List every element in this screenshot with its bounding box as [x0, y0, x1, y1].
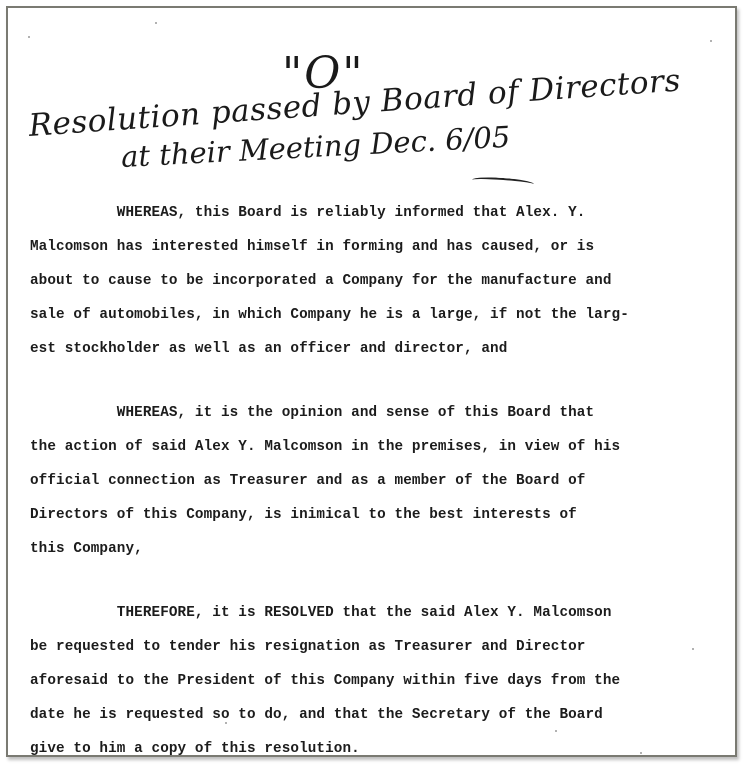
text-line: Directors of this Company, is inimical t… — [30, 498, 700, 532]
text-line: sale of automobiles, in which Company he… — [30, 298, 700, 332]
text-line: THEREFORE, it is RESOLVED that the said … — [30, 596, 700, 630]
scan-speck — [28, 36, 30, 38]
text-line: give to him a copy of this resolution. — [30, 732, 700, 766]
text-line: est stockholder as well as an officer an… — [30, 332, 700, 366]
text-line: Malcomson has interested himself in form… — [30, 230, 700, 264]
resolution-body: WHEREAS, this Board is reliably informed… — [30, 196, 700, 766]
text-line: official connection as Treasurer and as … — [30, 464, 700, 498]
text-line: the action of said Alex Y. Malcomson in … — [30, 430, 700, 464]
paragraph-therefore: THEREFORE, it is RESOLVED that the said … — [30, 596, 700, 766]
text-line: be requested to tender his resignation a… — [30, 630, 700, 664]
scan-speck — [710, 40, 712, 42]
text-line: aforesaid to the President of this Compa… — [30, 664, 700, 698]
text-line: WHEREAS, it is the opinion and sense of … — [30, 396, 700, 430]
scan-speck — [225, 722, 227, 724]
paragraph-whereas-2: WHEREAS, it is the opinion and sense of … — [30, 396, 700, 566]
scan-speck — [555, 730, 557, 732]
text-line: about to cause to be incorporated a Comp… — [30, 264, 700, 298]
text-line: this Company, — [30, 532, 700, 566]
text-line: date he is requested so to do, and that … — [30, 698, 700, 732]
text-line: WHEREAS, this Board is reliably informed… — [30, 196, 700, 230]
scan-speck — [640, 752, 642, 754]
scan-speck — [692, 648, 694, 650]
paragraph-whereas-1: WHEREAS, this Board is reliably informed… — [30, 196, 700, 366]
scan-speck — [155, 22, 157, 24]
